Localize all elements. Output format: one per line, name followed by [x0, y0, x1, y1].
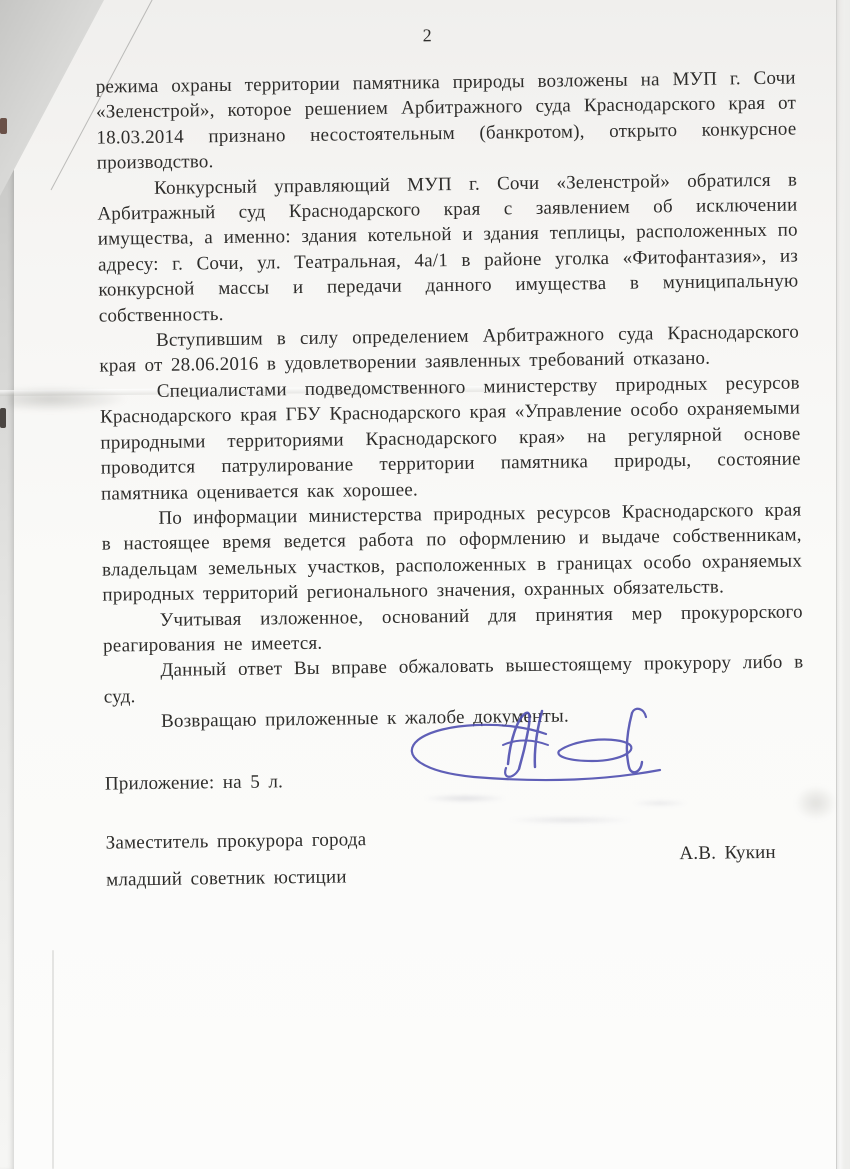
paragraph-2: Конкурсный управляющий МУП г. Сочи «Зеле…: [97, 167, 799, 329]
page-content: 2 режима охраны территории памятника при…: [95, 21, 806, 899]
paragraph-5: По информации министерства природных рес…: [101, 497, 802, 608]
signatory-title-line1: Заместитель прокурора города: [105, 821, 366, 861]
page-right-edge: [836, 0, 850, 1169]
paragraph-1: режима охраны территории памятника приро…: [96, 65, 797, 176]
signatory-name: А.В. Кукин: [679, 840, 776, 867]
paragraph-6: Учитывая изложенное, оснований для приня…: [103, 599, 804, 659]
edge-speck: [0, 118, 7, 134]
folded-page-corner: [0, 0, 110, 200]
paragraph-4: Специалистами подведомственного министер…: [100, 370, 802, 506]
document-body: режима охраны территории памятника приро…: [96, 65, 807, 898]
paragraph-3: Вступившим в силу определением Арбитражн…: [99, 320, 800, 380]
ink-bleedthrough: [780, 775, 840, 845]
paragraph-7: Данный ответ Вы вправе обжаловать вышест…: [103, 650, 804, 710]
edge-speck: [0, 408, 6, 428]
signatory-titles: Заместитель прокурора города младший сов…: [105, 821, 367, 898]
ink-bleedthrough: [405, 784, 705, 832]
page-number: 2: [95, 21, 795, 51]
scanned-document: 2 режима охраны территории памятника при…: [0, 0, 850, 1169]
signatory-title-line2: младший советник юстиции: [106, 858, 367, 898]
edge-crease-line: [52, 950, 54, 1169]
